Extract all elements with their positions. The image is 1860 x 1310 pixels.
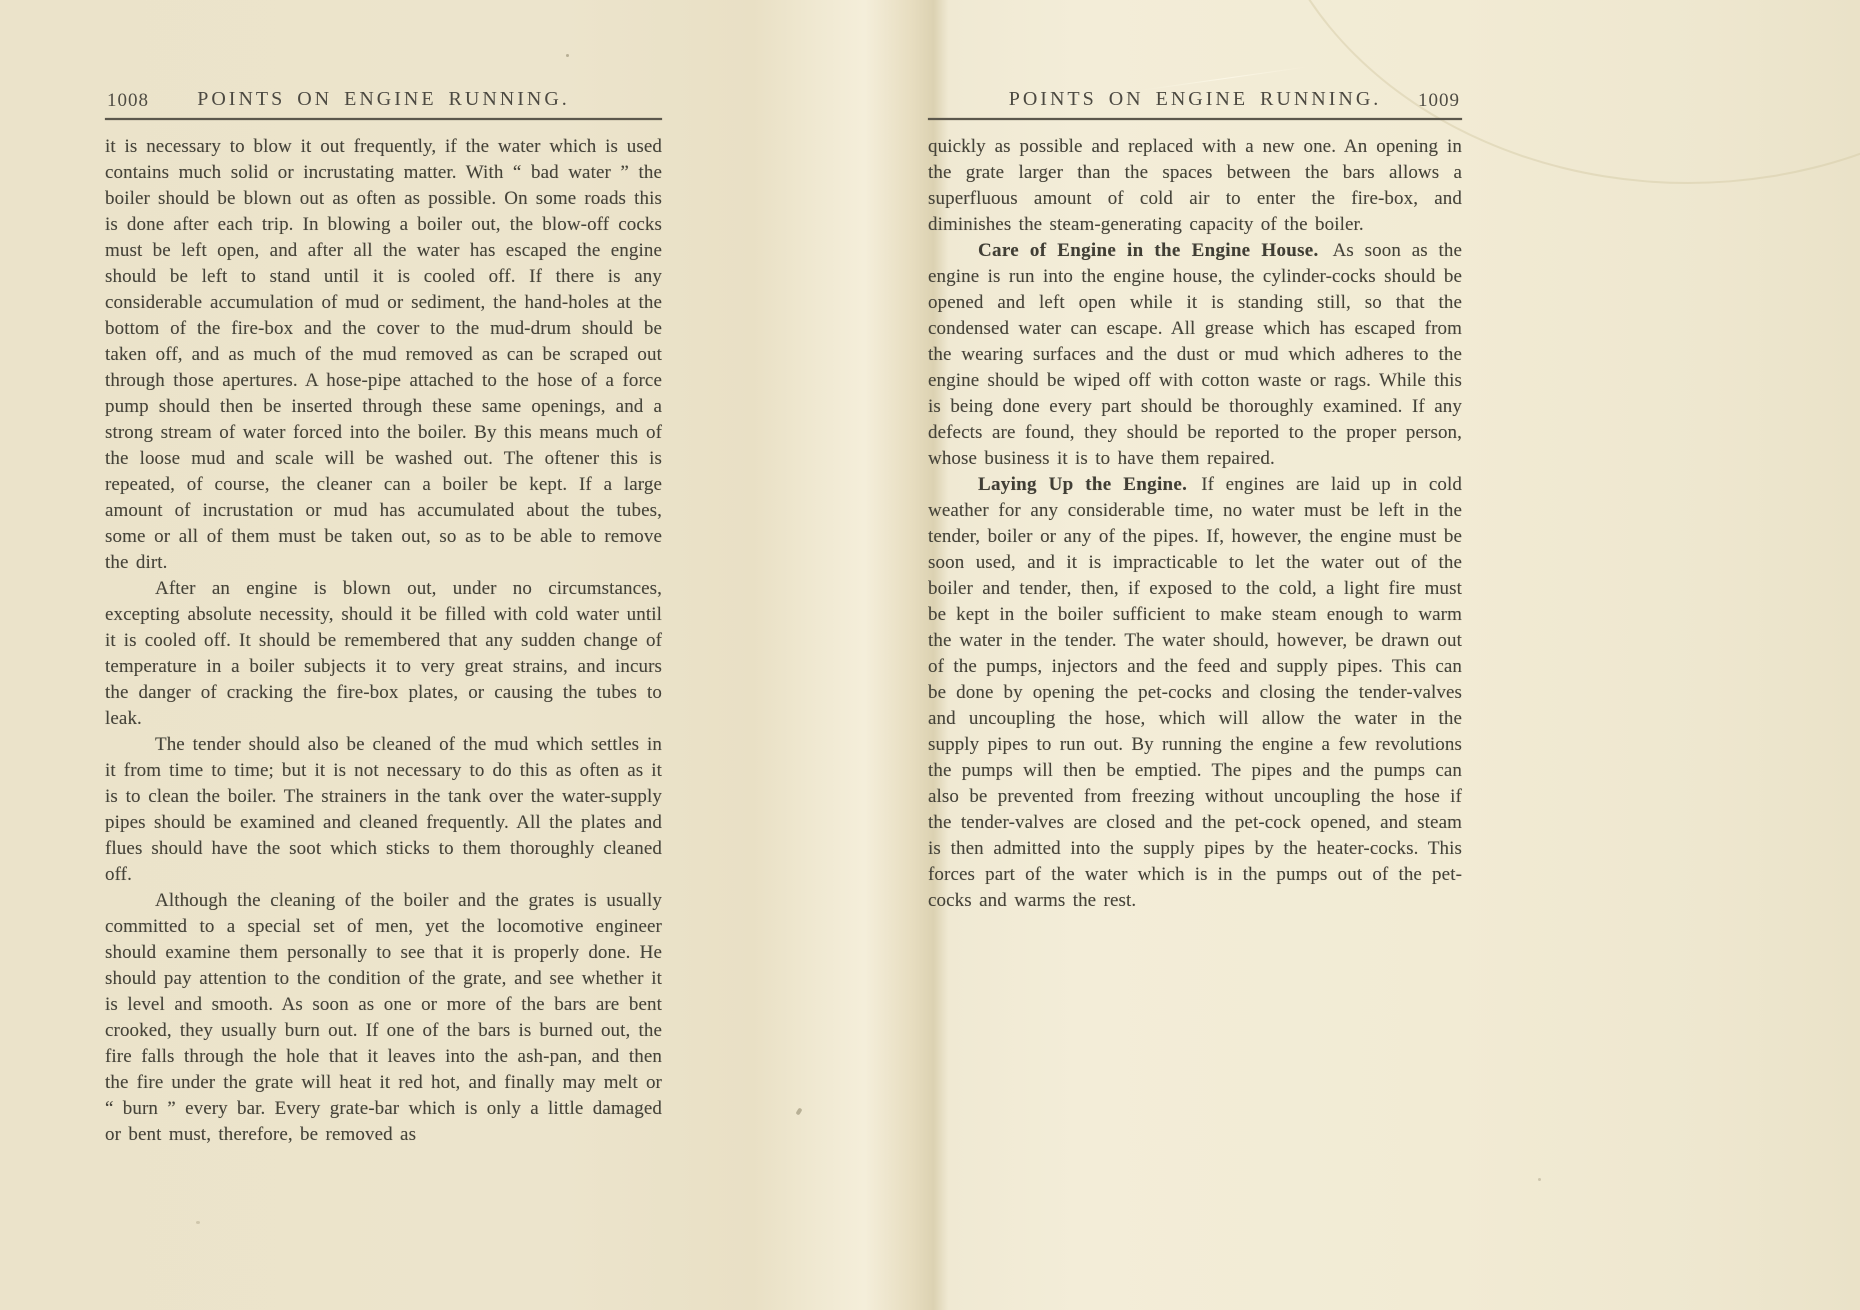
section-heading: Laying Up the Engine. — [978, 474, 1187, 495]
paragraph: Care of Engine in the Engine House.As so… — [928, 238, 1462, 472]
running-head-right: POINTS ON ENGINE RUNNING. — [928, 88, 1462, 111]
page-body-left: it is necessary to blow it out frequentl… — [105, 134, 662, 1148]
page-header-left: 1008 POINTS ON ENGINE RUNNING. — [105, 88, 662, 114]
paragraph-text: After an engine is blown out, under no c… — [105, 578, 662, 729]
page-number-left: 1008 — [107, 90, 149, 112]
paragraph: Laying Up the Engine.If engines are laid… — [928, 472, 1462, 914]
paragraph-text: Although the cleaning of the boiler and … — [105, 890, 662, 1145]
paper-speck — [1538, 1178, 1541, 1181]
header-rule-left — [105, 118, 662, 120]
running-head-left: POINTS ON ENGINE RUNNING. — [105, 88, 662, 111]
page-header-right: POINTS ON ENGINE RUNNING. 1009 — [928, 88, 1462, 114]
paragraph-text: it is necessary to blow it out frequentl… — [105, 136, 662, 573]
paragraph: Although the cleaning of the boiler and … — [105, 888, 662, 1148]
paragraph: After an engine is blown out, under no c… — [105, 576, 662, 732]
paragraph-text: quickly as possible and replaced with a … — [928, 136, 1462, 235]
page-body-right: quickly as possible and replaced with a … — [928, 134, 1462, 914]
page-left: 1008 POINTS ON ENGINE RUNNING. it is nec… — [105, 0, 662, 1310]
paragraph: it is necessary to blow it out frequentl… — [105, 134, 662, 576]
page-number-right: 1009 — [1418, 90, 1460, 112]
book-spread: 1008 POINTS ON ENGINE RUNNING. it is nec… — [0, 0, 1860, 1310]
header-rule-right — [928, 118, 1462, 120]
page-right: POINTS ON ENGINE RUNNING. 1009 quickly a… — [928, 0, 1462, 1310]
paragraph-text: The tender should also be cleaned of the… — [105, 734, 662, 885]
paragraph-text: If engines are laid up in cold weather f… — [928, 474, 1462, 911]
paragraph-text: As soon as the engine is run into the en… — [928, 240, 1462, 469]
paragraph: quickly as possible and replaced with a … — [928, 134, 1462, 238]
section-heading: Care of Engine in the Engine House. — [978, 240, 1319, 261]
paragraph: The tender should also be cleaned of the… — [105, 732, 662, 888]
